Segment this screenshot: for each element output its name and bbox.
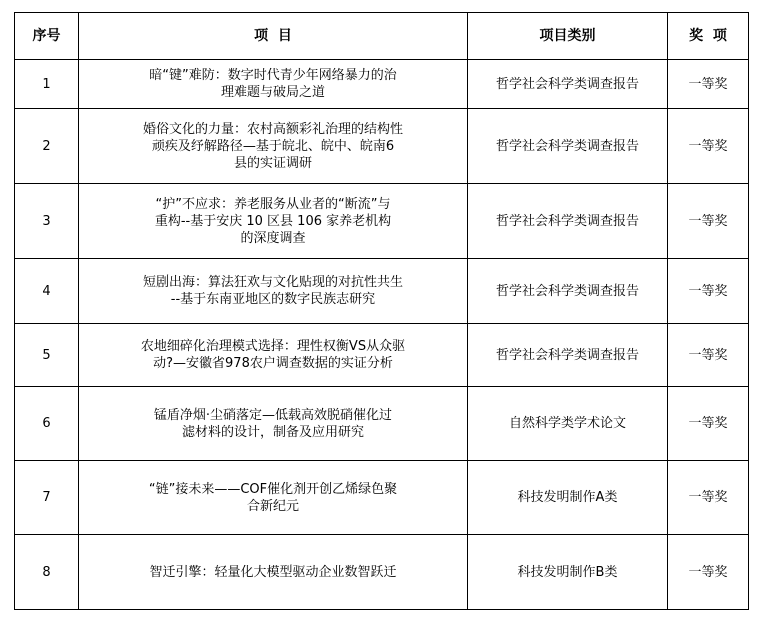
title-line: 婚俗文化的力量：农村高额彩礼治理的结构性 bbox=[85, 121, 461, 138]
cell-title: 智迁引擎：轻量化大模型驱动企业数智跃迁 bbox=[79, 535, 468, 610]
title-line: 农地细碎化治理模式选择：理性权衡VS从众驱 bbox=[85, 338, 461, 355]
title-line: 滤材料的设计，制备及应用研究 bbox=[85, 424, 461, 441]
header-category: 项目类别 bbox=[468, 13, 668, 60]
cell-no: 7 bbox=[15, 461, 79, 535]
cell-award: 一等奖 bbox=[668, 60, 749, 109]
cell-category: 自然科学类学术论文 bbox=[468, 387, 668, 461]
cell-award: 一等奖 bbox=[668, 109, 749, 184]
title-line: 暗“键”难防：数字时代青少年网络暴力的治 bbox=[85, 67, 461, 84]
cell-award: 一等奖 bbox=[668, 259, 749, 324]
title-line: 锰盾净烟·尘硝落定—低载高效脱硝催化过 bbox=[85, 407, 461, 424]
cell-award: 一等奖 bbox=[668, 324, 749, 387]
cell-no: 2 bbox=[15, 109, 79, 184]
cell-title: 暗“键”难防：数字时代青少年网络暴力的治 理难题与破局之道 bbox=[79, 60, 468, 109]
title-line: 重构--基于安庆 10 区县 106 家养老机构 bbox=[85, 213, 461, 230]
cell-no: 6 bbox=[15, 387, 79, 461]
cell-title: 婚俗文化的力量：农村高额彩礼治理的结构性 顽疾及纾解路径—基于皖北、皖中、皖南6… bbox=[79, 109, 468, 184]
cell-award: 一等奖 bbox=[668, 184, 749, 259]
table-header-row: 序号 项 目 项目类别 奖 项 bbox=[15, 13, 749, 60]
title-line: --基于东南亚地区的数字民族志研究 bbox=[85, 291, 461, 308]
title-line: “护”不应求：养老服务从业者的“断流”与 bbox=[85, 196, 461, 213]
table-row: 3 “护”不应求：养老服务从业者的“断流”与 重构--基于安庆 10 区县 10… bbox=[15, 184, 749, 259]
title-line: “链”接未来——COF催化剂开创乙烯绿色聚 bbox=[85, 481, 461, 498]
table-row: 7 “链”接未来——COF催化剂开创乙烯绿色聚 合新纪元 科技发明制作A类 一等… bbox=[15, 461, 749, 535]
cell-category: 哲学社会科学类调查报告 bbox=[468, 109, 668, 184]
cell-no: 3 bbox=[15, 184, 79, 259]
cell-award: 一等奖 bbox=[668, 461, 749, 535]
cell-no: 5 bbox=[15, 324, 79, 387]
cell-no: 8 bbox=[15, 535, 79, 610]
cell-title: 锰盾净烟·尘硝落定—低载高效脱硝催化过 滤材料的设计，制备及应用研究 bbox=[79, 387, 468, 461]
cell-no: 1 bbox=[15, 60, 79, 109]
title-line: 短剧出海：算法狂欢与文化贴现的对抗性共生 bbox=[85, 274, 461, 291]
title-line: 合新纪元 bbox=[85, 498, 461, 515]
cell-category: 科技发明制作B类 bbox=[468, 535, 668, 610]
table-row: 6 锰盾净烟·尘硝落定—低载高效脱硝催化过 滤材料的设计，制备及应用研究 自然科… bbox=[15, 387, 749, 461]
title-line: 顽疾及纾解路径—基于皖北、皖中、皖南6 bbox=[85, 138, 461, 155]
table-row: 2 婚俗文化的力量：农村高额彩礼治理的结构性 顽疾及纾解路径—基于皖北、皖中、皖… bbox=[15, 109, 749, 184]
cell-category: 哲学社会科学类调查报告 bbox=[468, 60, 668, 109]
title-line: 的深度调查 bbox=[85, 230, 461, 247]
table-row: 1 暗“键”难防：数字时代青少年网络暴力的治 理难题与破局之道 哲学社会科学类调… bbox=[15, 60, 749, 109]
table-row: 5 农地细碎化治理模式选择：理性权衡VS从众驱 动?—安徽省978农户调查数据的… bbox=[15, 324, 749, 387]
cell-title: “链”接未来——COF催化剂开创乙烯绿色聚 合新纪元 bbox=[79, 461, 468, 535]
header-no: 序号 bbox=[15, 13, 79, 60]
cell-award: 一等奖 bbox=[668, 535, 749, 610]
header-award: 奖 项 bbox=[668, 13, 749, 60]
title-line: 智迁引擎：轻量化大模型驱动企业数智跃迁 bbox=[85, 564, 461, 581]
cell-category: 哲学社会科学类调查报告 bbox=[468, 184, 668, 259]
cell-category: 科技发明制作A类 bbox=[468, 461, 668, 535]
cell-title: “护”不应求：养老服务从业者的“断流”与 重构--基于安庆 10 区县 106 … bbox=[79, 184, 468, 259]
title-line: 动?—安徽省978农户调查数据的实证分析 bbox=[85, 355, 461, 372]
cell-no: 4 bbox=[15, 259, 79, 324]
awards-table: 序号 项 目 项目类别 奖 项 1 暗“键”难防：数字时代青少年网络暴力的治 理… bbox=[14, 12, 749, 610]
header-title: 项 目 bbox=[79, 13, 468, 60]
cell-category: 哲学社会科学类调查报告 bbox=[468, 324, 668, 387]
title-line: 理难题与破局之道 bbox=[85, 84, 461, 101]
table-row: 8 智迁引擎：轻量化大模型驱动企业数智跃迁 科技发明制作B类 一等奖 bbox=[15, 535, 749, 610]
cell-title: 农地细碎化治理模式选择：理性权衡VS从众驱 动?—安徽省978农户调查数据的实证… bbox=[79, 324, 468, 387]
cell-award: 一等奖 bbox=[668, 387, 749, 461]
table-row: 4 短剧出海：算法狂欢与文化贴现的对抗性共生 --基于东南亚地区的数字民族志研究… bbox=[15, 259, 749, 324]
title-line: 县的实证调研 bbox=[85, 155, 461, 172]
cell-category: 哲学社会科学类调查报告 bbox=[468, 259, 668, 324]
cell-title: 短剧出海：算法狂欢与文化贴现的对抗性共生 --基于东南亚地区的数字民族志研究 bbox=[79, 259, 468, 324]
